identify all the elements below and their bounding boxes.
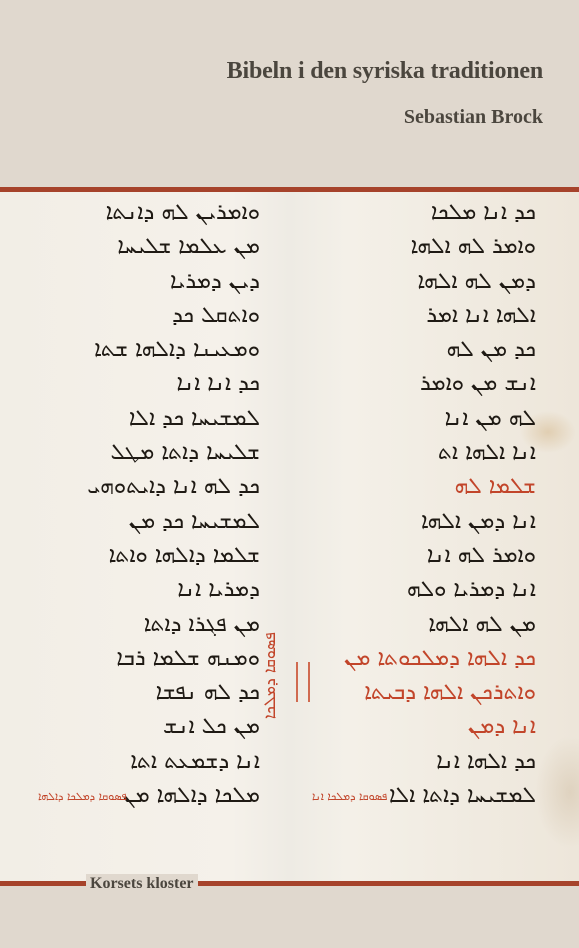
- manuscript-line: ܫܠܝܚܐ ܕܐܬܐ ܡܛܠ: [30, 436, 260, 470]
- manuscript-line: ܫܠܡܐ ܕܐܠܗܐ ܘܐܬܐ: [30, 539, 260, 573]
- manuscript-line: ܟܕ ܡܢ ܠܗ: [306, 333, 536, 367]
- manuscript-line: ܟܕ ܐܢܐ ܐܢܐ: [30, 367, 260, 401]
- margin-note: ܦܣܘܩܐ ܕܡܠܟܐ: [260, 632, 276, 719]
- manuscript-line: ܟܕ ܐܢܐ ܡܠܟܐ: [306, 196, 536, 230]
- manuscript-line: ܟܕ ܠܗ ܢܦܫܐ: [30, 676, 260, 710]
- cover-footer: [0, 886, 579, 948]
- manuscript-line: ܘܐܡܪ ܠܗ ܐܠܗܐ: [306, 230, 536, 264]
- manuscript-line: ܐܢܐ ܐܠܗܐ ܐܬ: [306, 436, 536, 470]
- manuscript-line-rubric: ܟܕ ܐܠܗܐ ܕܡܠܟܘܬܐ ܡܢ: [306, 642, 536, 676]
- bottom-note-left: ܦܣܘܩܐ ܕܡܠܟܐ ܕܐܠܗܐ: [38, 790, 127, 804]
- manuscript-line: ܠܡܫܝܚܐ ܟܕ ܡܢ: [30, 505, 260, 539]
- publisher-label: Korsets kloster: [86, 874, 198, 894]
- manuscript-line: ܐܢܐ ܕܡܪܝܐ ܘܠܗ: [306, 573, 536, 607]
- book-title: Bibeln i den syriska traditionen: [227, 58, 543, 85]
- cover-header: Bibeln i den syriska traditionen Sebasti…: [0, 0, 579, 188]
- manuscript-line: ܟܕ ܐܠܗܐ ܐܢܐ: [306, 745, 536, 779]
- manuscript-line: ܘܡܥܝܢܐ ܕܐܠܗܐ ܫܬܐ: [30, 333, 260, 367]
- manuscript-line: ܕܝܢ ܕܡܪܝܐ: [30, 265, 260, 299]
- manuscript-line-rubric: ܘܐܬܪܟܢ ܐܠܗܐ ܕܒܝܬܐ: [306, 676, 536, 710]
- book-author: Sebastian Brock: [404, 106, 543, 129]
- manuscript-line-rubric: ܐܢܐ ܕܡܢ: [306, 710, 536, 744]
- manuscript-line: ܘܐܡܪ ܠܗ ܐܢܐ: [306, 539, 536, 573]
- manuscript-line: ܕܡܢ ܠܗ ܐܠܗܐ: [306, 265, 536, 299]
- manuscript-line: ܘܐܡܪܝܢ ܠܗ ܕܐܢܬܐ: [30, 196, 260, 230]
- manuscript-line-rubric: ܫܠܡܐ ܠܗ: [306, 470, 536, 504]
- manuscript-line: ܐܢܫ ܡܢ ܘܐܡܪ: [306, 367, 536, 401]
- manuscript-line: ܘܡܢܗ ܫܠܡܐ ܪܒܐ: [30, 642, 260, 676]
- margin-mark: [296, 662, 310, 702]
- manuscript-line: ܕܡܪܝܐ ܐܢܐ: [30, 573, 260, 607]
- manuscript-line: ܡܢ ܦܓܪܐ ܕܐܬܐ: [30, 608, 260, 642]
- manuscript-line: ܐܠܗܐ ܐܢܐ ܐܡܪ: [306, 299, 536, 333]
- manuscript-line: ܡܢ ܠܗ ܐܠܗܐ: [306, 608, 536, 642]
- manuscript-line: ܘܐܬܩܠ ܟܕ: [30, 299, 260, 333]
- manuscript-right-column: ܟܕ ܐܢܐ ܡܠܟܐ ܘܐܡܪ ܠܗ ܐܠܗܐ ܕܡܢ ܠܗ ܐܠܗܐ ܐܠܗ…: [306, 196, 536, 813]
- manuscript-line: ܐܢܐ ܕܡܢ ܐܠܗܐ: [306, 505, 536, 539]
- bottom-note-right: ܦܣܘܩܐ ܕܡܠܟܐ ܐܢܐ: [312, 790, 387, 804]
- manuscript-line: ܡܢ ܟܠ ܐܢܫ: [30, 710, 260, 744]
- manuscript-line: ܠܡܫܝܚܐ ܟܕ ܐܠܐ: [30, 402, 260, 436]
- manuscript-left-column: ܘܐܡܪܝܢ ܠܗ ܕܐܢܬܐ ܡܢ ܥܠܡܐ ܫܠܝܚܐ ܕܝܢ ܕܡܪܝܐ …: [30, 196, 260, 813]
- manuscript-line: ܡܢ ܥܠܡܐ ܫܠܝܚܐ: [30, 230, 260, 264]
- manuscript-line: ܐܢܐ ܕܫܡܥܬ ܐܬܐ: [30, 745, 260, 779]
- manuscript-line: ܟܕ ܠܗ ܐܢܐ ܕܐܝܬܘܗܝ: [30, 470, 260, 504]
- manuscript-line: ܠܗ ܡܢ ܐܢܐ: [306, 402, 536, 436]
- manuscript-image: ܘܐܡܪܝܢ ܠܗ ܕܐܢܬܐ ܡܢ ܥܠܡܐ ܫܠܝܚܐ ܕܝܢ ܕܡܪܝܐ …: [0, 192, 579, 881]
